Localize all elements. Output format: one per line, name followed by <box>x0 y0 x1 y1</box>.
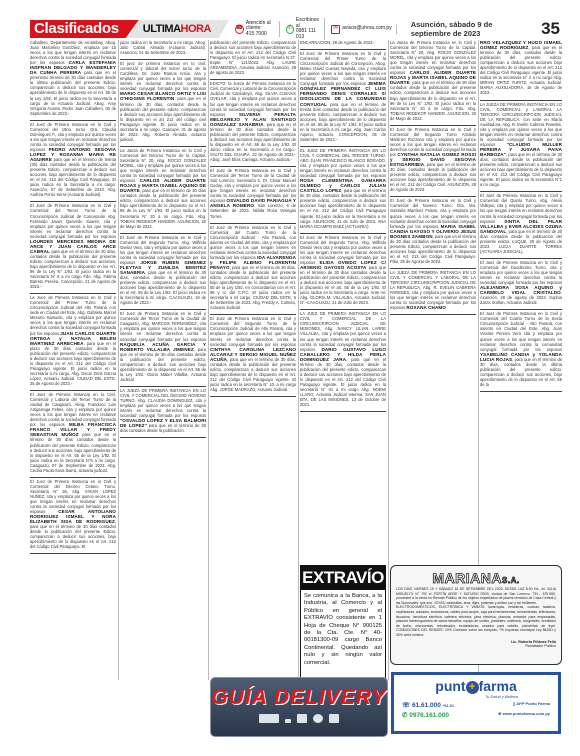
box-icon <box>285 719 291 723</box>
ad-code-tag <box>300 45 386 48</box>
ad-text: publicación del presente Edicto, compare… <box>210 40 296 75</box>
app-link: ▯ APP Punto Farma <box>513 701 550 709</box>
ad-tail: , para que en el término de 30 días, con… <box>390 162 476 192</box>
ad-names: ALEJANDRA SOSA AQUINO y CARMELO VIDAL CR… <box>480 285 562 295</box>
ad-tail: , para que en el término de 30 días cont… <box>210 122 296 162</box>
classified-ad: El Juez de Primera Instancia en lo Civil… <box>390 198 476 269</box>
classified-ad: juicio radica en la Secretaría a mi carg… <box>120 40 206 60</box>
food-icon <box>313 714 323 723</box>
ad-tail: , para que en el término de 30 días cont… <box>390 80 476 120</box>
phone-icon: ☎ <box>235 25 244 34</box>
phone-number: 415 7000 <box>246 32 275 38</box>
column-divider <box>388 40 389 680</box>
contact-whatsapp: ✆ Escribinos al0981 111 013 <box>286 18 325 40</box>
ad-tail: para que en el término de 30 días, conta… <box>30 249 116 289</box>
ad-text: LA JUEZ DE PRIMERA INSTANCIA EN LO CIVIL… <box>300 311 386 351</box>
pf-app: APP Punto Farma <box>516 701 550 706</box>
ad-text: EL JUEZ DE PRIMERA INSTANCIA EN LO CIVIL… <box>300 148 386 178</box>
contact-phone: ☎ Atención al cliente:415 7000 <box>235 21 280 38</box>
mariana-auction-ad: MARIANAS.A. LOS DÍAS VIERNES 15 Y SÁBADO… <box>390 565 562 665</box>
ad-code-tag <box>120 142 206 145</box>
ad-code-tag <box>480 96 562 99</box>
logo-ultima: ULTIMA <box>143 23 181 35</box>
ad-text: ENCARNACION, 28 de Agosto de 2023.- <box>300 40 375 45</box>
extravio-title: EXTRAVÍO <box>301 566 385 590</box>
email-address: avisos@uhora.com.py <box>342 26 392 32</box>
website-link: ⊕ www.puntofarma.com.py <box>498 711 550 719</box>
ad-text: juicio radica en la Secretaría a mi carg… <box>120 40 206 55</box>
whatsapp-icon: ✆ <box>286 25 294 34</box>
ad-code-tag <box>30 473 116 476</box>
ad-code-tag <box>120 433 206 436</box>
ad-tail: , para que en el término de 30 días cont… <box>120 188 206 228</box>
classified-ad: El Juez de Primera Instancia en lo Civil… <box>210 168 296 223</box>
ad-tail: , para que en el término de 30 días, con… <box>210 357 296 392</box>
ad-code-tag <box>210 75 296 78</box>
ad-code-tag <box>210 392 296 395</box>
mariana-items: ELECTRODOMÉSTICOS, ELECTRÓNICA Y VARIOS:… <box>396 605 556 637</box>
classified-ad: El Juez de Primera Instancia en lo Civil… <box>30 122 116 203</box>
ad-code-tag <box>120 229 206 232</box>
ad-code-tag <box>390 121 476 124</box>
column-5: La Jueza de Primera Instancia en lo Civi… <box>390 40 476 560</box>
classified-ad: LA JUEZA DE PRIMERA INSTANCIA EN LO CIVI… <box>480 102 562 193</box>
page-header: Clasificados ULTIMAHORA ☎ Atención al cl… <box>30 20 560 38</box>
issue-date: Asunción, sábado 9 de septiembre de 2023 <box>411 20 527 38</box>
ad-tail: , para que en el término de 30 días, con… <box>300 357 386 407</box>
puntofarma-ad[interactable]: punt+farma Tu Salud y Belleza ☏ 61.61.00… <box>391 672 561 734</box>
ad-tail: , para que en el término de 30 días cont… <box>120 347 206 382</box>
ad-code-tag <box>480 305 562 308</box>
ad-text: El Juez de Primera Instancia en lo Civil… <box>210 316 296 346</box>
newspaper-logo: ULTIMAHORA <box>129 20 229 38</box>
bag-icon <box>297 714 307 723</box>
classified-ad: El Juez de Primera Instancia en lo Civil… <box>480 193 562 259</box>
pf-short: *61.61 <box>443 703 455 708</box>
ad-tail: para que en el perentorio término de 30 … <box>30 70 116 115</box>
classified-ad: El Juez de Primera Instancia en lo Civil… <box>300 235 386 311</box>
ad-code-tag <box>30 289 116 292</box>
classified-ad: El Juez de Primera Instancia en lo Civil… <box>300 51 386 147</box>
classified-ad: La Jueza de Primera Instancia en lo Civi… <box>390 40 476 126</box>
classified-ad: RRO VELAZQUEZ Y HUGO ISMAEL GOMEZ RODRIG… <box>480 40 562 101</box>
contact-email: ✉ avisos@uhora.com.py <box>331 25 397 34</box>
column-1: Caballero, Departamento de Amambay, Abog… <box>30 40 116 680</box>
ad-code-tag <box>30 116 116 119</box>
ad-text: El Juez de Primera Instancia en lo Civil… <box>30 203 116 238</box>
ad-tail: , para que en el término de 30 días, con… <box>120 270 206 305</box>
ad-tail: para que en el término de treinta días c… <box>300 102 386 142</box>
pf-website: www.puntofarma.com.py <box>503 711 550 716</box>
mariana-signer: Lic. Roberto Piñánez FeliúRematador Públ… <box>396 640 556 649</box>
classified-ad: El Juez de Primera Instancia en lo Civil… <box>480 311 562 392</box>
ad-tail: , para que en el término de 30 días cont… <box>390 234 476 264</box>
ad-text: El Juez de Primera Instancia en lo Civil… <box>480 311 562 351</box>
ad-code-tag <box>300 407 386 410</box>
ad-code-tag <box>120 382 206 385</box>
ad-text: El Juez de Primera Instancia en lo Civil… <box>480 260 562 285</box>
puntofarma-logo: punt+farma <box>394 678 558 694</box>
classified-ad: El Juez de Primera Instancia en lo Civil… <box>210 225 296 316</box>
extravio-body: Se comunica a la Banca, a la Industria, … <box>301 590 385 670</box>
classified-ad: EL JUEZ DE PRIMERA INSTANCIA EN LO CIVIL… <box>300 148 386 234</box>
classified-ad: EDICTO: la Jueza de Primera Instancia en… <box>210 81 296 167</box>
ad-code-tag <box>30 386 116 389</box>
ad-text: LA JUEZA DE PRIMERA INSTANCIA EN LO CIVI… <box>390 270 476 310</box>
ad-text: El Juez de Primera Instancia en lo Civil… <box>120 311 206 341</box>
ad-code-tag <box>300 229 386 232</box>
plus-icon: + <box>466 681 479 694</box>
column-6: RRO VELAZQUEZ Y HUGO ISMAEL GOMEZ RODRIG… <box>480 40 562 560</box>
ad-code-tag <box>120 305 206 308</box>
ad-code-tag <box>210 219 296 222</box>
ad-code-tag <box>210 310 296 313</box>
column-4: ENCARNACION, 28 de Agosto de 2023.-El Ju… <box>300 40 386 560</box>
classified-ad: LA JUEZ DE PRIMERA INSTANCIA EN LO CIVIL… <box>300 311 386 412</box>
ad-tail: , para que en el término de 30 días, con… <box>480 357 562 387</box>
classified-ad: El juez de primera instancia en lo civil… <box>120 61 206 147</box>
puntofarma-row-2: ✆ 0976.161.000 ⊕ www.puntofarma.com.py <box>394 711 558 719</box>
logo-farma: farma <box>479 678 517 694</box>
mariana-logo-suffix: S.A. <box>502 576 520 585</box>
classified-ad: El Juez de Primera Instancia en lo Civil… <box>390 127 476 198</box>
column-divider <box>118 40 119 680</box>
ad-code-tag <box>480 387 562 390</box>
logo-hora: HORA <box>181 23 211 35</box>
section-title: Clasificados <box>30 20 139 38</box>
ad-code-tag <box>390 192 476 195</box>
signer-title: Rematador Público <box>396 644 556 648</box>
ad-tail: , para que en el término de 30 días, con… <box>210 265 296 310</box>
ad-tail: , para que en el término de 30 días cont… <box>30 519 116 549</box>
classified-ad: publicación del presente Edicto, compare… <box>210 40 296 80</box>
truck-icon <box>259 714 279 723</box>
guia-title: GUÍA DELIVERY <box>211 686 387 710</box>
classified-ad: Caballero, Departamento de Amambay, Abog… <box>30 40 116 121</box>
puntofarma-slogan: Tu Salud y Belleza <box>394 694 558 699</box>
ad-code-tag <box>390 310 476 313</box>
ad-tail: para que en el término de treinta (30) d… <box>30 157 116 197</box>
ad-tail: , para que en el término de 30 días, con… <box>120 96 206 141</box>
classified-ad: El Juez de Primera Instancia en lo Civil… <box>480 260 562 310</box>
delivery-icons <box>211 714 387 723</box>
ad-tail: . <box>446 305 447 310</box>
classified-ad: El Juez de Primera Instancia en lo Civil… <box>30 392 116 478</box>
guia-delivery-banner[interactable]: GUÍA DELIVERY <box>210 677 388 737</box>
ad-text: El juez de primera instancia en lo civil… <box>120 61 206 91</box>
shopping-bag-icon <box>329 714 339 723</box>
mariana-logo: MARIANAS.A. <box>396 569 556 587</box>
ad-tail: , para que en el término de 30 días, con… <box>300 188 386 228</box>
phone-number: ☏ 61.61.000 *61.61 <box>402 701 454 709</box>
ad-names: ROXANA CHAMO <box>406 305 446 310</box>
column-divider <box>298 40 299 680</box>
ad-text: La Juez de Primera Instancia en lo Civil… <box>30 295 116 335</box>
extravio-notice: EXTRAVÍO Se comunica a la Banca, a la In… <box>300 565 386 680</box>
ad-tail: para que en el término de 30 días contad… <box>30 432 116 472</box>
ad-tail: , para que en el plazo de 30 días contad… <box>30 341 116 386</box>
ad-code-tag <box>480 254 562 257</box>
column-divider <box>208 40 209 680</box>
classified-ad: LA JUEZA DE PRIMERA INSTANCIA EN LO CIVI… <box>390 270 476 315</box>
classified-ad: El Juez de Primera Instancia en lo Civil… <box>120 235 206 311</box>
column-3: publicación del presente Edicto, compare… <box>210 40 296 635</box>
mail-icon: ✉ <box>331 25 340 34</box>
ad-text: LA JUEZA DE PRIMERA INSTANCIA EN LO CIVI… <box>120 388 206 418</box>
classified-ad: El Juez de Primera Instancia en lo Civil… <box>120 311 206 387</box>
whatsapp-number: ✆ 0976.161.000 <box>402 711 449 719</box>
classified-ad: El Juez de Primera Instancia en lo Civil… <box>30 203 116 294</box>
column-2: juicio radica en la Secretaría a mi carg… <box>120 40 206 680</box>
classified-ad: ENCARNACION, 28 de Agosto de 2023.- <box>300 40 386 50</box>
classified-ad: El Juez de Primera Instancia en lo Civil… <box>210 316 296 397</box>
pf-phone: 61.61.000 <box>412 702 441 709</box>
ad-tail: , para que en el término de 30 días, con… <box>480 45 562 95</box>
ad-tail: para que en el término de 30 días contad… <box>300 265 386 305</box>
logo-punt: punt <box>435 678 465 694</box>
ad-code-tag <box>30 197 116 200</box>
ad-tail: , para que en el término de 30 días, con… <box>480 152 562 187</box>
pf-whatsapp: 0976.161.000 <box>409 712 449 719</box>
classified-ad: El Juez de Primera Instancia en lo Civil… <box>30 479 116 555</box>
puntofarma-row-1: ☏ 61.61.000 *61.61 ▯ APP Punto Farma <box>394 701 558 709</box>
ad-code-tag <box>480 187 562 190</box>
classified-ad: La Jueza de Primera Instancia en lo Civi… <box>120 148 206 234</box>
page-number: 35 <box>541 19 560 39</box>
ad-code-tag <box>120 55 206 58</box>
classified-ad: La Juez de Primera Instancia en lo Civil… <box>30 295 116 391</box>
ad-code-tag <box>390 264 476 267</box>
mariana-intro: LOS DÍAS VIERNES 15 Y SÁBADO 16 DE SETIE… <box>396 587 556 605</box>
whatsapp-number: 0981 111 013 <box>296 29 320 40</box>
ad-code-tag <box>300 305 386 308</box>
ad-code-tag <box>210 162 296 165</box>
ad-code-tag <box>30 549 116 552</box>
ad-code-tag <box>300 142 386 145</box>
ad-text: LA JUEZA DE PRIMERA INSTANCIA EN LO CIVI… <box>480 102 562 147</box>
mariana-logo-text: MARIANA <box>432 570 502 586</box>
classified-ad: LA JUEZA DE PRIMERA INSTANCIA EN LO CIVI… <box>120 388 206 438</box>
